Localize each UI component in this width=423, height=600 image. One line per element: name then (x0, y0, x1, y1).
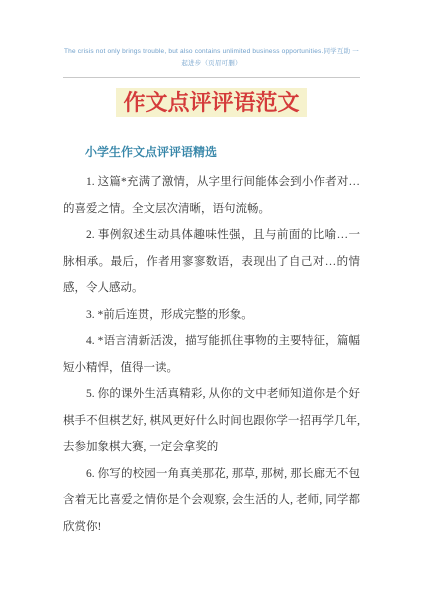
comment-paragraph-5: 5. 你的课外生活真精彩, 从你的文中老师知道你是个好棋手不但棋艺好, 棋风更好… (63, 381, 360, 461)
comment-paragraph-1: 1. 这篇*充满了激情，从字里行间能体会到小作者对…的喜爱之情。全文层次清晰，语… (63, 169, 360, 222)
page-title: 作文点评评语范文 (63, 88, 360, 118)
comment-paragraph-3: 3. *前后连贯，形成完整的形象。 (63, 302, 360, 329)
comment-paragraph-6: 6. 你写的校园一角真美那花, 那草, 那树, 那长廊无不包含着无比喜爱之情你是… (63, 461, 360, 541)
comment-paragraph-4: 4. *语言清新活泼，描写能抓住事物的主要特征，篇幅短小精悍，值得一读。 (63, 328, 360, 381)
page-header-note: The crisis not only brings trouble, but … (63, 46, 360, 70)
header-divider (63, 77, 360, 78)
document-page: The crisis not only brings trouble, but … (63, 0, 360, 540)
comment-list: 1. 这篇*充满了激情，从字里行间能体会到小作者对…的喜爱之情。全文层次清晰，语… (63, 169, 360, 540)
comment-paragraph-2: 2. 事例叙述生动具体趣味性强，且与前面的比喻…一脉相承。最后，作者用寥寥数语，… (63, 222, 360, 302)
section-subtitle: 小学生作文点评评语精选 (85, 145, 360, 160)
page-title-text: 作文点评评语范文 (116, 88, 306, 117)
